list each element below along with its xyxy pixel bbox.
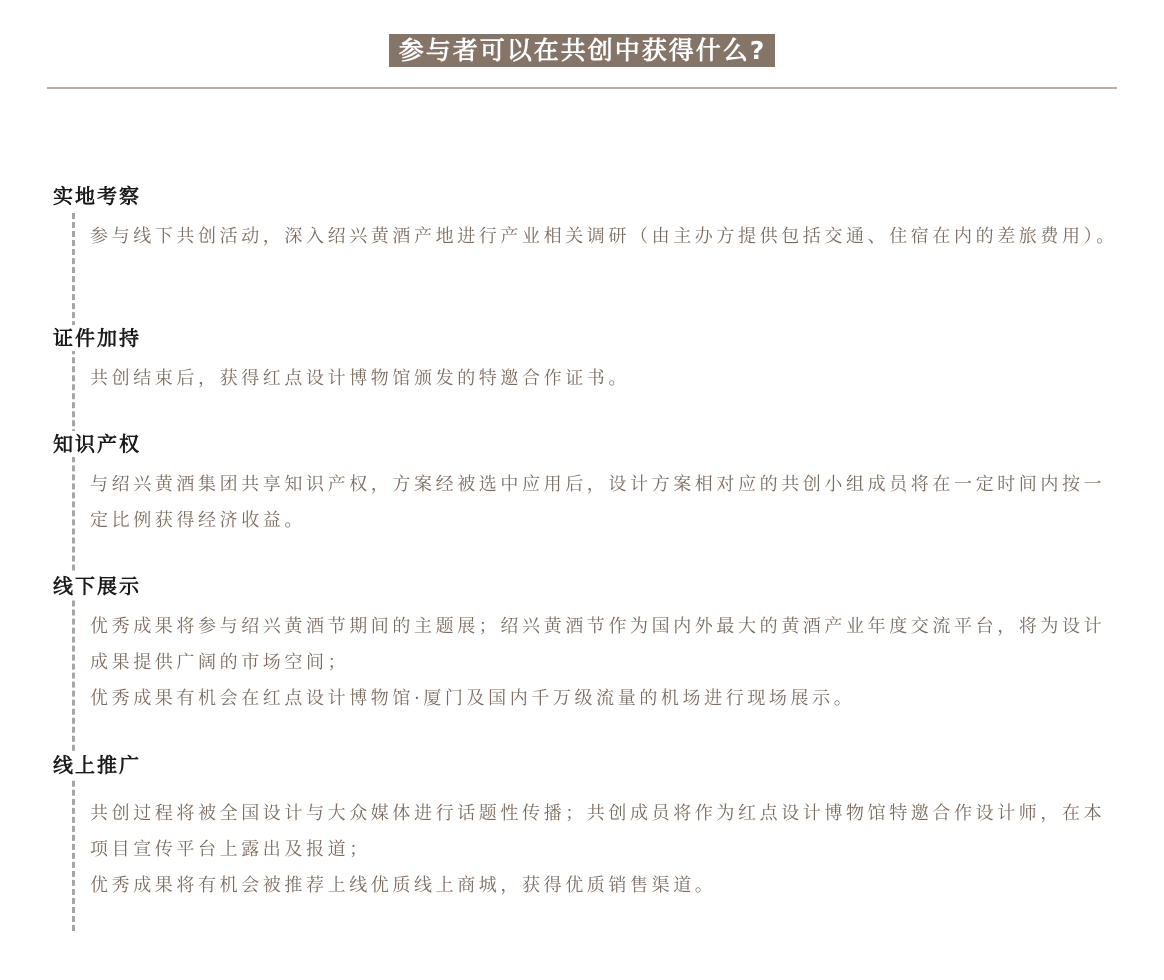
section-heading: 线上推广 xyxy=(53,752,145,778)
section-heading: 实地考察 xyxy=(53,183,145,209)
section-paragraph: 参与线下共创活动，深入绍兴黄酒产地进行产业相关调研（由主办方提供包括交通、住宿在… xyxy=(90,219,1120,255)
section-paragraph: 共创过程将被全国设计与大众媒体进行话题性传播；共创成员将作为红点设计博物馆特邀合… xyxy=(90,796,1120,868)
section-body: 参与线下共创活动，深入绍兴黄酒产地进行产业相关调研（由主办方提供包括交通、住宿在… xyxy=(90,219,1120,255)
section-heading: 线下展示 xyxy=(53,573,145,599)
section-body: 共创过程将被全国设计与大众媒体进行话题性传播；共创成员将作为红点设计博物馆特邀合… xyxy=(90,796,1120,904)
section-body: 共创结束后，获得红点设计博物馆颁发的特邀合作证书。 xyxy=(90,361,1120,397)
section-body: 与绍兴黄酒集团共享知识产权，方案经被选中应用后，设计方案相对应的共创小组成员将在… xyxy=(90,467,1120,539)
section-paragraph: 优秀成果有机会在红点设计博物馆·厦门及国内千万级流量的机场进行现场展示。 xyxy=(90,681,1120,717)
section-certificate: 证件加持 共创结束后，获得红点设计博物馆颁发的特邀合作证书。 xyxy=(53,325,1123,397)
section-body: 优秀成果将参与绍兴黄酒节期间的主题展；绍兴黄酒节作为国内外最大的黄酒产业年度交流… xyxy=(90,609,1120,717)
section-paragraph: 优秀成果将有机会被推荐上线优质线上商城，获得优质销售渠道。 xyxy=(90,868,1120,904)
page-title: 参与者可以在共创中获得什么? xyxy=(389,34,776,67)
section-online-promotion: 线上推广 共创过程将被全国设计与大众媒体进行话题性传播；共创成员将作为红点设计博… xyxy=(53,752,1123,904)
section-heading: 知识产权 xyxy=(53,431,145,457)
section-heading: 证件加持 xyxy=(53,325,145,351)
title-wrap: 参与者可以在共创中获得什么? xyxy=(0,34,1164,67)
section-paragraph: 共创结束后，获得红点设计博物馆颁发的特邀合作证书。 xyxy=(90,361,1120,397)
section-offline-exhibition: 线下展示 优秀成果将参与绍兴黄酒节期间的主题展；绍兴黄酒节作为国内外最大的黄酒产… xyxy=(53,573,1123,717)
section-paragraph: 优秀成果将参与绍兴黄酒节期间的主题展；绍兴黄酒节作为国内外最大的黄酒产业年度交流… xyxy=(90,609,1120,681)
title-divider xyxy=(47,87,1117,89)
section-paragraph: 与绍兴黄酒集团共享知识产权，方案经被选中应用后，设计方案相对应的共创小组成员将在… xyxy=(90,467,1120,539)
section-intellectual-property: 知识产权 与绍兴黄酒集团共享知识产权，方案经被选中应用后，设计方案相对应的共创小… xyxy=(53,431,1123,539)
section-field-investigation: 实地考察 参与线下共创活动，深入绍兴黄酒产地进行产业相关调研（由主办方提供包括交… xyxy=(53,183,1123,255)
